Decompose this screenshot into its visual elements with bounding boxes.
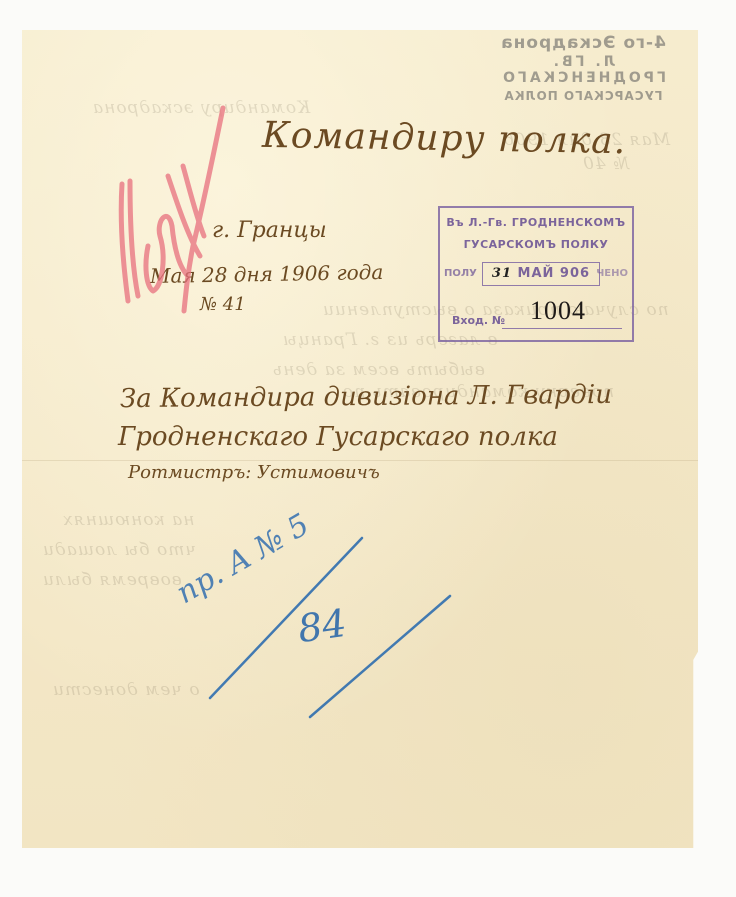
mirrored-stamp-line2: Л. ГВ. ГРОДНЕНСКАГО: [478, 54, 688, 86]
bleed-through-line: выбыть всем за день: [272, 360, 485, 380]
stamp-received-label: ПОЛУ: [444, 268, 477, 279]
stamp-date-row: ПОЛУ 31 МАЙ 906 ЧЕНО: [444, 262, 628, 288]
signature-line-1: За Командира дивизiона Л. Гвардiи: [120, 380, 612, 414]
mirrored-stamp: 4-го Эскадрона Л. ГВ. ГРОДНЕНСКАГО ГУСАР…: [478, 34, 688, 104]
addressee: Командиру полка.: [262, 115, 627, 162]
mirrored-stamp-line1: 4-го Эскадрона: [478, 34, 688, 54]
blue-pencil-annotation: пр. А № 5 84: [170, 520, 470, 720]
mirrored-stamp-line3: ГУСАРСКАГО ПОЛКА: [478, 90, 688, 104]
stamp-line-2: ГУСАРСКОМЪ ПОЛКУ: [440, 238, 632, 251]
stamp-entry-underline: [502, 328, 622, 329]
signature-line-2: Гродненскаго Гусарскаго полка: [118, 422, 558, 452]
signature-line-3: Ротмистръ: Устимовичъ: [128, 462, 380, 483]
red-pencil-mark-icon: [108, 96, 238, 316]
bleed-through-line: вовремя были: [42, 570, 182, 590]
stamp-entry-label: Вход. №: [452, 314, 505, 327]
blue-sheet-number: 84: [295, 601, 349, 651]
stamp-line-1: Въ Л.-Гв. ГРОДНЕНСКОМЪ: [440, 216, 632, 229]
stamp-entry-number: 1004: [530, 296, 586, 326]
receipt-stamp: Въ Л.-Гв. ГРОДНЕНСКОМЪ ГУСАРСКОМЪ ПОЛКУ …: [438, 206, 634, 342]
stamp-received-suffix: ЧЕНО: [596, 268, 628, 279]
stamp-date-month-year: МАЙ 906: [518, 266, 591, 281]
fold-line: [22, 460, 698, 461]
stamp-date-day: 31: [492, 266, 512, 281]
stamp-date-box: 31 МАЙ 906: [482, 262, 600, 286]
